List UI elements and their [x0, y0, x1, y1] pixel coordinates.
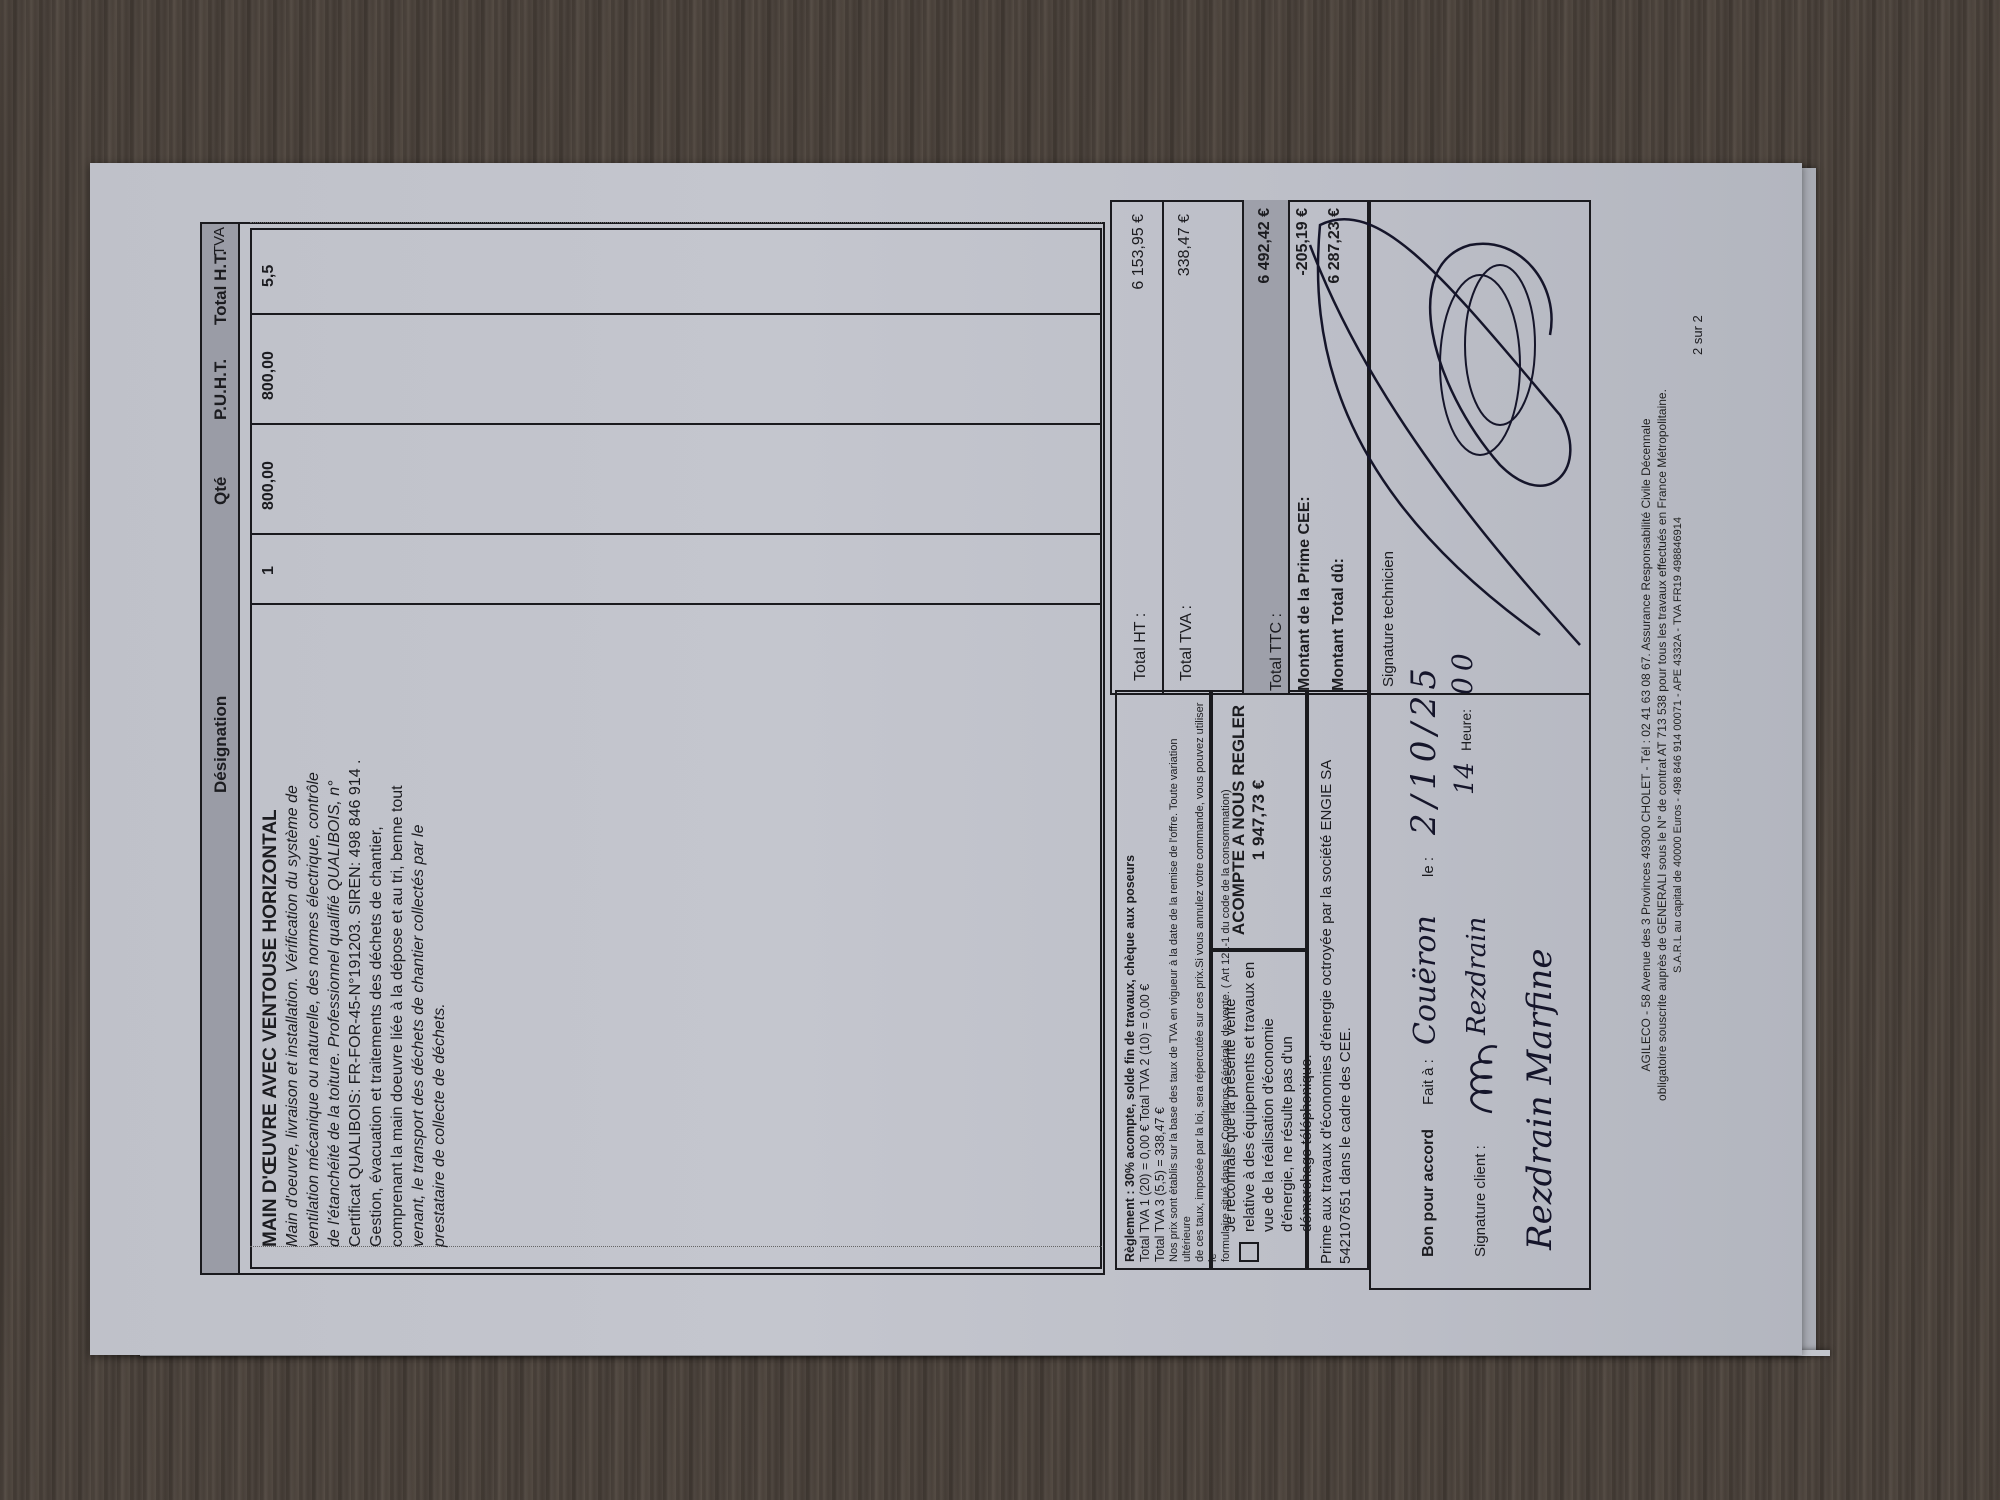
footer-line: S.A.R.L au capital de 40000 Euros - 498 … — [1670, 215, 1686, 1275]
col-divider — [250, 423, 1102, 425]
table-row: MAIN D'ŒUVRE AVEC VENTOUSE HORIZONTAL Ma… — [260, 607, 500, 1247]
time-label: Heure: — [1458, 709, 1474, 751]
header-unit-price: P.U.H.T. — [211, 359, 231, 420]
time-hour: 14 — [1450, 762, 1480, 795]
total-ht-value: 6 153,95 € — [1130, 214, 1148, 290]
item-description-line: de l'étanchéité de la toiture. Professio… — [324, 607, 345, 1247]
footer-line: AGILECO - 58 Avenue des 3 Provinces 4930… — [1638, 215, 1654, 1275]
item-description-line: Main d'oeuvre, livraison et installation… — [282, 607, 303, 1247]
item-unit-price: 800,00 — [260, 461, 278, 510]
acknowledgement-checkbox[interactable] — [1239, 1242, 1259, 1262]
item-description-line: prestataire de collecte de déchets. — [429, 607, 450, 1247]
totals-row-ht: Total HT : 6 153,95 € — [1110, 200, 1164, 695]
totals-divider — [1110, 693, 1591, 695]
total-ttc-label: Total TTC : — [1268, 613, 1286, 691]
item-qty: 1 — [260, 566, 278, 575]
deposit-box: ACOMPTE A NOUS REGLER 1 947,73 € — [1211, 690, 1307, 950]
technician-signature-icon — [1290, 205, 1590, 665]
agreement-title: Bon pour accord — [1420, 1129, 1438, 1257]
payment-terms-title: Règlement : 30% acompte, solde fin de tr… — [1123, 855, 1137, 1262]
deposit-amount: 1 947,73 € — [1249, 692, 1269, 948]
header-total-ht: Total H.T. — [211, 251, 231, 325]
total-tva-value: 338,47 € — [1176, 214, 1194, 276]
deposit-label: ACOMPTE A NOUS REGLER — [1229, 692, 1249, 948]
cee-note: Prime aux travaux d'économies d'énergie … — [1317, 696, 1355, 1264]
client-signature-icon — [1462, 1037, 1502, 1117]
col-divider — [250, 313, 1102, 315]
item-total-ht: 800,00 — [260, 351, 278, 400]
col-divider — [250, 603, 1102, 605]
item-description-line: ventilation mécanique ou naturelle, des … — [303, 607, 324, 1247]
item-description-line: Certificat QUALIBOIS: FR-FOR-45-N°191203… — [345, 607, 366, 1247]
company-footer: AGILECO - 58 Avenue des 3 Provinces 4930… — [1638, 215, 1686, 1275]
total-ht-label: Total HT : — [1132, 613, 1150, 681]
payment-terms-box: Règlement : 30% acompte, solde fin de tr… — [1115, 690, 1211, 1270]
item-description-line: Gestion, évacuation et traitements des d… — [366, 607, 387, 1247]
header-qty: Qté — [211, 477, 231, 505]
page-indicator: 2 sur 2 — [1690, 315, 1705, 355]
quote-page-2: Désignation Qté P.U.H.T. Total H.T. TVA … — [90, 163, 1802, 1355]
col-divider-dotted — [250, 222, 1102, 223]
acknowledgement-text: Je reconnais que la présente vente relat… — [1221, 958, 1316, 1232]
cee-note-box: Prime aux travaux d'économies d'énergie … — [1307, 690, 1369, 1270]
total-ttc-value: 6 492,42 € — [1256, 208, 1274, 284]
totals-row-ttc: Total TTC : 6 492,42 € — [1244, 200, 1290, 695]
item-tva: 5,5 — [260, 265, 278, 287]
client-signature-label: Signature client : — [1472, 1145, 1489, 1257]
acknowledgement-box: Je reconnais que la présente vente relat… — [1211, 950, 1307, 1270]
price-conditions-line: Nos prix sont établis sur la base des ta… — [1168, 698, 1194, 1262]
col-divider — [250, 533, 1102, 535]
item-description-line: comprenant la main doeuvre liée à la dép… — [387, 607, 408, 1247]
totals-row-tva: Total TVA : 338,47 € — [1164, 200, 1244, 695]
item-description-line: venant, le transport des déchets de chan… — [408, 607, 429, 1247]
place-value: Couëron — [1408, 915, 1443, 1045]
client-name-signature: Rezdrain — [1462, 917, 1492, 1035]
footer-line: obligatoire souscrite auprès de GENERALI… — [1654, 215, 1670, 1275]
place-label: Fait à : — [1420, 1059, 1437, 1105]
tva-summary-1: Total TVA 1 (20) = 0,00 € Total TVA 2 (1… — [1138, 698, 1153, 1262]
header-designation: Désignation — [211, 696, 231, 793]
item-title: MAIN D'ŒUVRE AVEC VENTOUSE HORIZONTAL — [260, 607, 282, 1247]
client-name-handwritten: Rezdrain Marfine — [1520, 948, 1560, 1250]
total-tva-label: Total TVA : — [1178, 605, 1196, 681]
header-tva: TVA — [211, 227, 228, 255]
table-header: Désignation Qté P.U.H.T. Total H.T. TVA — [200, 222, 240, 1275]
tva-summary-2: Total TVA 3 (5,5) = 338,47 € — [1153, 698, 1168, 1262]
quote-sheet: Désignation Qté P.U.H.T. Total H.T. TVA … — [90, 163, 1802, 1355]
date-label: le : — [1420, 857, 1437, 877]
